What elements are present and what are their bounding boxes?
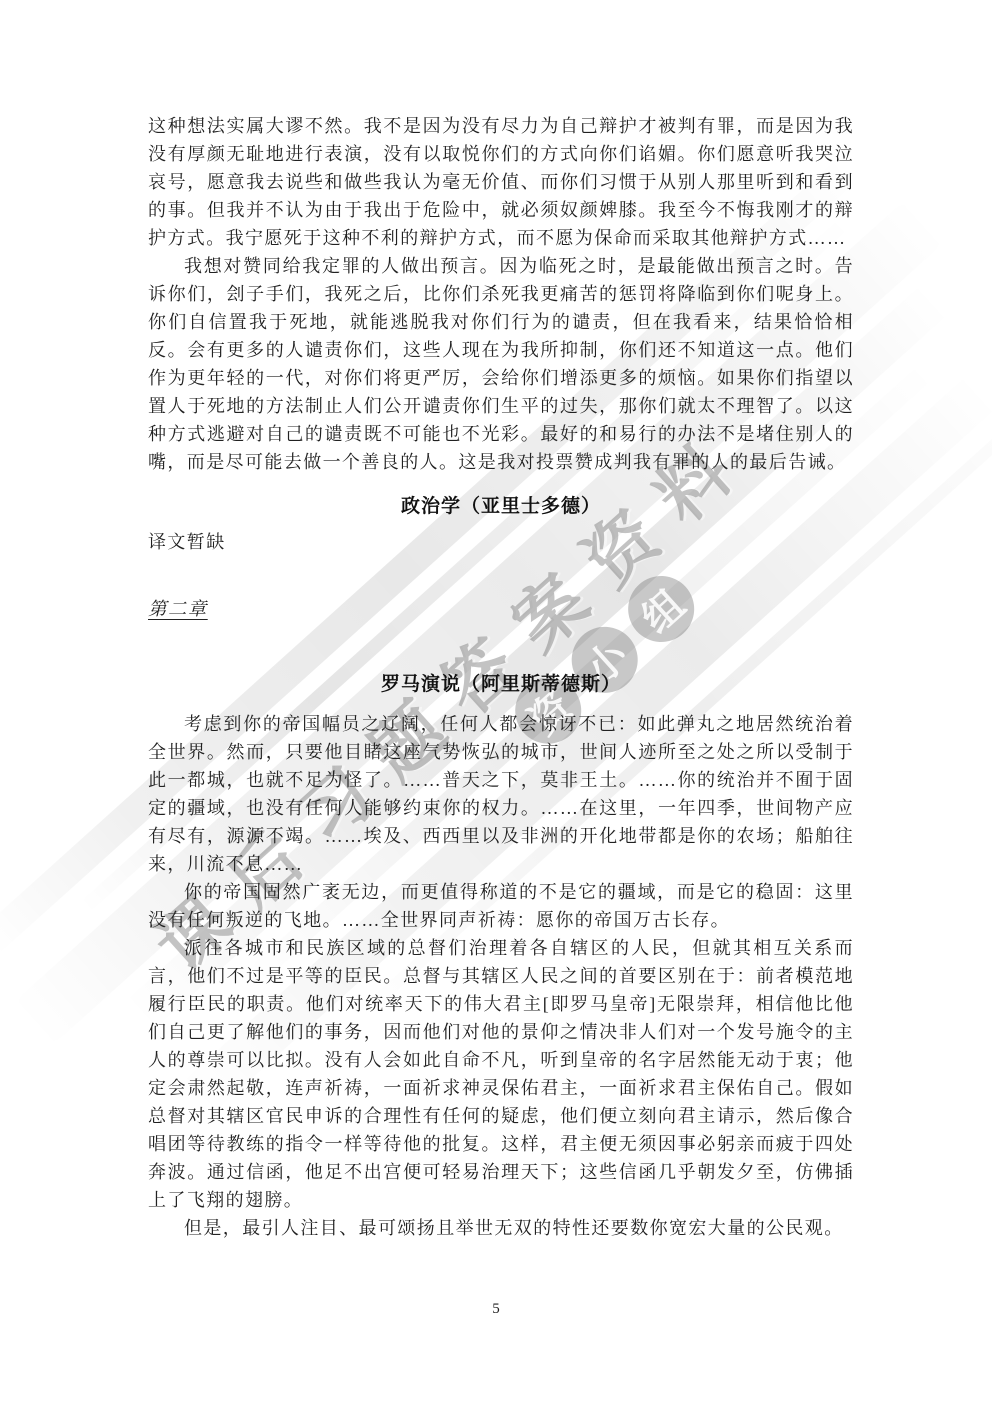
- paragraph-empire-stability: 你的帝国固然广袤无边，而更值得称道的不是它的疆域，而是它的稳固：这里没有任何叛逆…: [148, 878, 854, 934]
- section-heading-politics: 政治学（亚里士多德）: [148, 494, 854, 520]
- paragraph-citizenship: 但是，最引人注目、最可颂扬且举世无双的特性还要数你宽宏大量的公民观。: [148, 1214, 854, 1242]
- section-heading-roman-oration: 罗马演说（阿里斯蒂德斯）: [148, 672, 854, 698]
- paragraph-governors: 派往各城市和民族区域的总督们治理着各自辖区的人民，但就其相互关系而言，他们不过是…: [148, 934, 854, 1214]
- document-page: 课后习题答案资料 资 小 组 这种想法实属大谬不然。我不是因为没有尽力为自己辩护…: [0, 0, 992, 1403]
- page-content: 这种想法实属大谬不然。我不是因为没有尽力为自己辩护才被判有罪，而是因为我没有厚颜…: [148, 112, 854, 1242]
- chapter-heading: 第二章: [148, 596, 854, 624]
- page-number: 5: [492, 1301, 500, 1317]
- paragraph-defense-conclusion: 这种想法实属大谬不然。我不是因为没有尽力为自己辩护才被判有罪，而是因为我没有厚颜…: [148, 112, 854, 252]
- translation-missing-note: 译文暂缺: [148, 528, 854, 556]
- page-footer: 5: [0, 1300, 992, 1318]
- paragraph-prophecy: 我想对赞同给我定罪的人做出预言。因为临死之时，是最能做出预言之时。告诉你们，刽子…: [148, 252, 854, 476]
- paragraph-empire-extent: 考虑到你的帝国幅员之辽阔，任何人都会惊讶不已：如此弹丸之地居然统治着全世界。然而…: [148, 710, 854, 878]
